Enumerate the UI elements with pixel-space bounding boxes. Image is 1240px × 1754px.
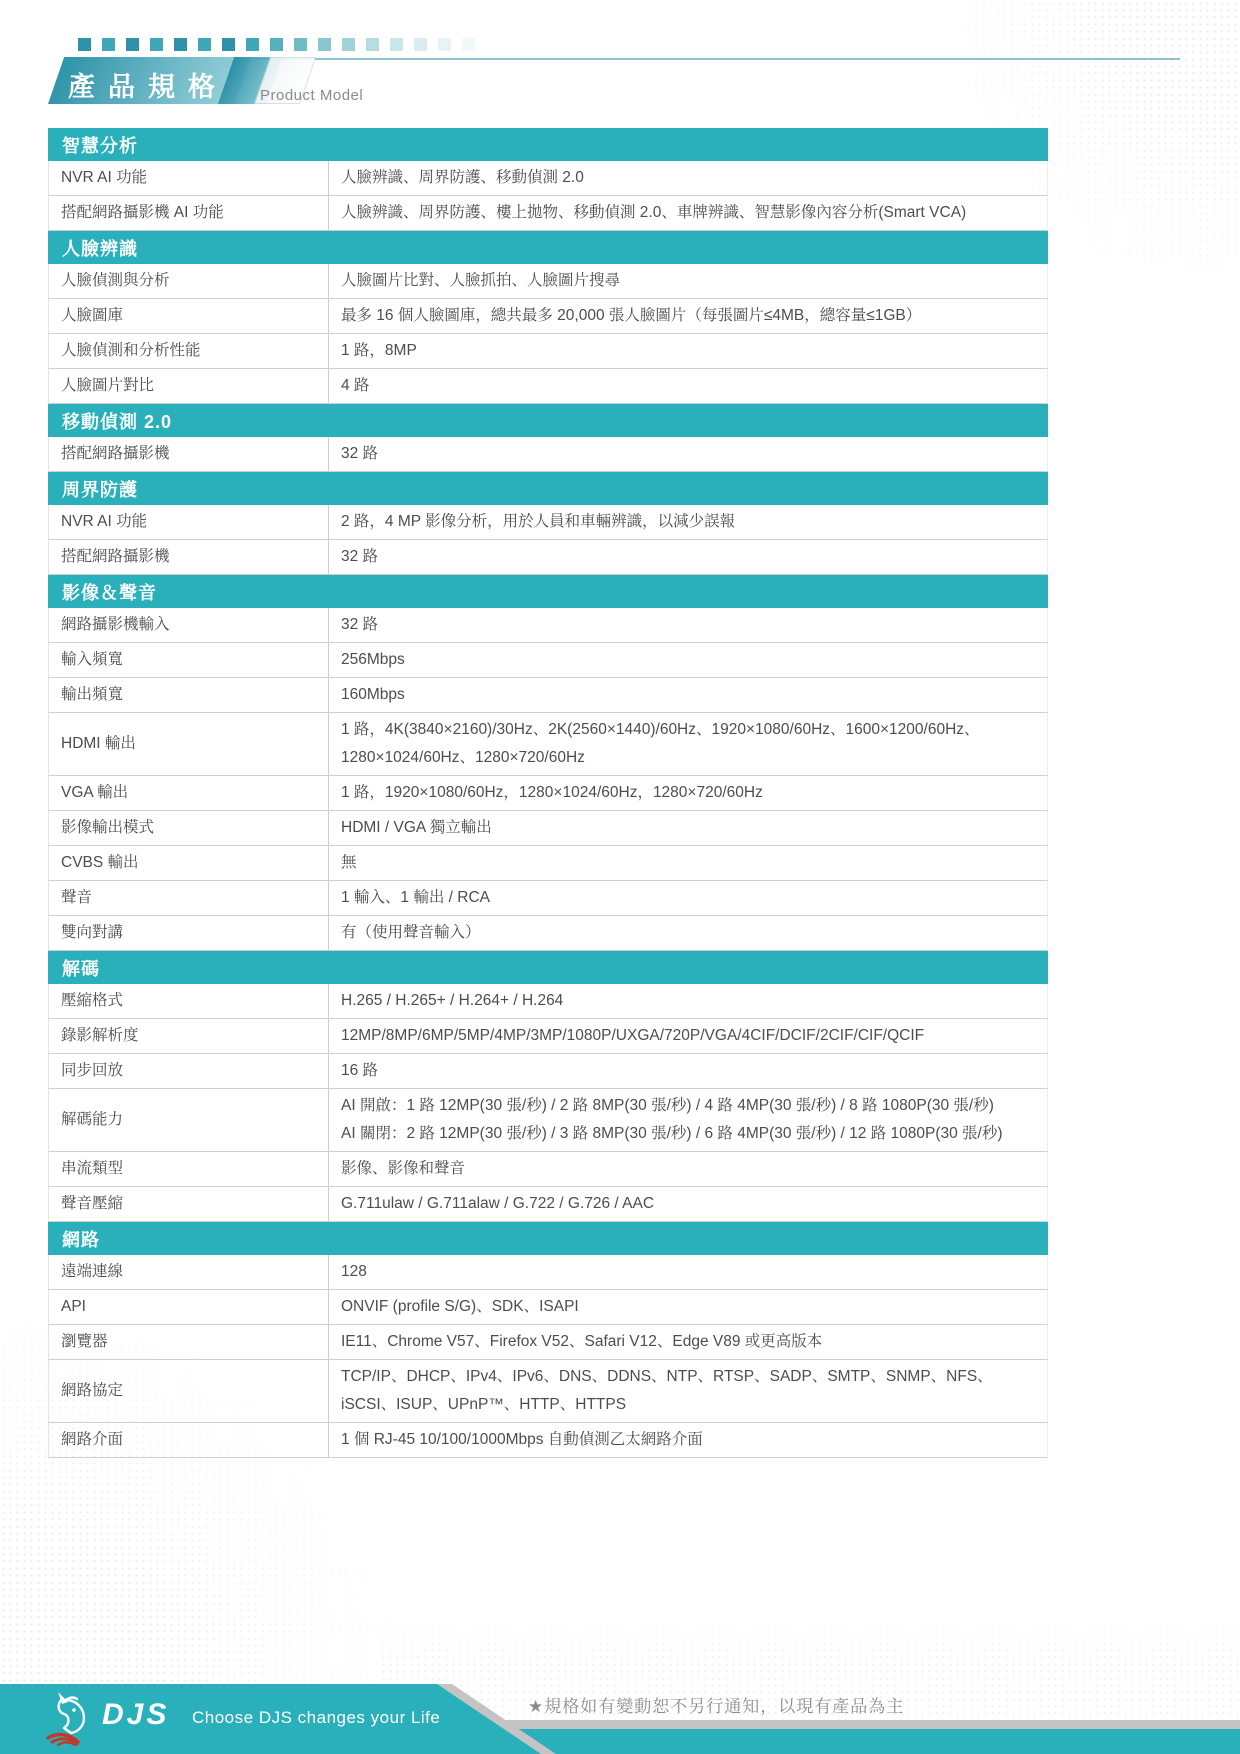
table-row: 錄影解析度 12MP/8MP/6MP/5MP/4MP/3MP/1080P/UXG…: [48, 1019, 1048, 1054]
spec-value: 無: [329, 846, 1047, 880]
spec-value: 1 路，4K(3840×2160)/30Hz、2K(2560×1440)/60H…: [329, 713, 1047, 775]
spec-value: AI 開啟：1 路 12MP(30 張/秒) / 2 路 8MP(30 張/秒)…: [329, 1089, 1047, 1151]
spec-value: 1 路，1920×1080/60Hz，1280×1024/60Hz，1280×7…: [329, 776, 1047, 810]
spec-value: 2 路，4 MP 影像分析，用於人員和車輛辨識，以減少誤報: [329, 505, 1047, 539]
spec-sheet-page: { "page": { "header": { "title": "產品規格",…: [0, 0, 1240, 1754]
spec-label: 聲音: [49, 881, 329, 915]
table-row: 雙向對講 有（使用聲音輸入）: [48, 916, 1048, 951]
dot: [414, 38, 427, 51]
spec-value: 1 路，8MP: [329, 334, 1047, 368]
spec-label: HDMI 輸出: [49, 713, 329, 775]
table-row: API ONVIF (profile S/G)、SDK、ISAPI: [48, 1290, 1048, 1325]
table-row: 搭配網路攝影機 32 路: [48, 437, 1048, 472]
dot: [246, 38, 259, 51]
spec-label: 影像輸出模式: [49, 811, 329, 845]
table-row: 解碼能力 AI 開啟：1 路 12MP(30 張/秒) / 2 路 8MP(30…: [48, 1089, 1048, 1152]
unicorn-icon: [44, 1690, 96, 1746]
spec-label: CVBS 輸出: [49, 846, 329, 880]
spec-value: 32 路: [329, 608, 1047, 642]
dot: [270, 38, 283, 51]
section-title: 影像＆聲音: [62, 579, 157, 605]
section-header: 人臉辨識: [48, 231, 1048, 264]
table-row: 瀏覽器 IE11、Chrome V57、Firefox V52、Safari V…: [48, 1325, 1048, 1360]
spec-value: 256Mbps: [329, 643, 1047, 677]
section-title: 移動偵測 2.0: [62, 408, 172, 434]
spec-label: 人臉圖片對比: [49, 369, 329, 403]
spec-value: TCP/IP、DHCP、IPv4、IPv6、DNS、DDNS、NTP、RTSP、…: [329, 1360, 1047, 1422]
spec-label: 解碼能力: [49, 1089, 329, 1151]
table-row: 輸出頻寬 160Mbps: [48, 678, 1048, 713]
dot: [126, 38, 139, 51]
spec-label: 網路攝影機輸入: [49, 608, 329, 642]
brand-slogan: Choose DJS changes your Life: [192, 1708, 440, 1728]
table-row: 輸入頻寬 256Mbps: [48, 643, 1048, 678]
footer-brand-block: DJS Choose DJS changes your Life: [0, 1684, 560, 1754]
section-title: 解碼: [62, 955, 100, 981]
table-row: 聲音壓縮 G.711ulaw / G.711alaw / G.722 / G.7…: [48, 1187, 1048, 1222]
spec-label: 同步回放: [49, 1054, 329, 1088]
spec-value: 1 輸入、1 輸出 / RCA: [329, 881, 1047, 915]
section-header: 網路: [48, 1222, 1048, 1255]
dot: [174, 38, 187, 51]
spec-value: 4 路: [329, 369, 1047, 403]
dot: [438, 38, 451, 51]
section-header: 周界防護: [48, 472, 1048, 505]
spec-value: 32 路: [329, 540, 1047, 574]
section-title: 智慧分析: [62, 132, 138, 158]
table-row: 人臉圖庫 最多 16 個人臉圖庫，總共最多 20,000 張人臉圖片（每張圖片≤…: [48, 299, 1048, 334]
spec-value: IE11、Chrome V57、Firefox V52、Safari V12、E…: [329, 1325, 1047, 1359]
spec-value: 160Mbps: [329, 678, 1047, 712]
spec-value: 最多 16 個人臉圖庫，總共最多 20,000 張人臉圖片（每張圖片≤4MB，總…: [329, 299, 1047, 333]
table-row: 搭配網路攝影機 32 路: [48, 540, 1048, 575]
section-title: 周界防護: [62, 476, 138, 502]
section-header: 解碼: [48, 951, 1048, 984]
spec-label: 瀏覽器: [49, 1325, 329, 1359]
page-subtitle: Product Model: [260, 87, 363, 104]
spec-label: 輸出頻寬: [49, 678, 329, 712]
table-row: 壓縮格式 H.265 / H.265+ / H.264+ / H.264: [48, 984, 1048, 1019]
table-row: 人臉圖片對比 4 路: [48, 369, 1048, 404]
spec-label: 網路介面: [49, 1423, 329, 1457]
spec-label: 人臉偵測和分析性能: [49, 334, 329, 368]
spec-label: 聲音壓縮: [49, 1187, 329, 1221]
spec-label: 人臉偵測與分析: [49, 264, 329, 298]
table-row: 搭配網路攝影機 AI 功能 人臉辨識、周界防護、樓上拋物、移動偵測 2.0、車牌…: [48, 196, 1048, 231]
dot: [462, 38, 475, 51]
dot: [150, 38, 163, 51]
spec-label: 雙向對講: [49, 916, 329, 950]
table-row: 人臉偵測與分析 人臉圖片比對、人臉抓拍、人臉圖片搜尋: [48, 264, 1048, 299]
spec-value: 16 路: [329, 1054, 1047, 1088]
spec-label: NVR AI 功能: [49, 161, 329, 195]
spec-label: 搭配網路攝影機 AI 功能: [49, 196, 329, 230]
spec-label: 網路協定: [49, 1360, 329, 1422]
spec-value: H.265 / H.265+ / H.264+ / H.264: [329, 984, 1047, 1018]
table-row: HDMI 輸出 1 路，4K(3840×2160)/30Hz、2K(2560×1…: [48, 713, 1048, 776]
spec-label: VGA 輸出: [49, 776, 329, 810]
spec-value: 128: [329, 1255, 1047, 1289]
spec-label: 搭配網路攝影機: [49, 540, 329, 574]
table-row: NVR AI 功能 2 路，4 MP 影像分析，用於人員和車輛辨識，以減少誤報: [48, 505, 1048, 540]
table-row: 同步回放 16 路: [48, 1054, 1048, 1089]
spec-label: API: [49, 1290, 329, 1324]
dot: [366, 38, 379, 51]
section-header: 智慧分析: [48, 128, 1048, 161]
section-header: 影像＆聲音: [48, 575, 1048, 608]
spec-label: 人臉圖庫: [49, 299, 329, 333]
spec-table: 智慧分析 NVR AI 功能 人臉辨識、周界防護、移動偵測 2.0 搭配網路攝影…: [48, 128, 1048, 1458]
dot-decoration-row: [78, 38, 475, 51]
disclaimer-text: ★規格如有變動恕不另行通知，以現有產品為主: [528, 1692, 904, 1717]
spec-value: 人臉辨識、周界防護、移動偵測 2.0: [329, 161, 1047, 195]
dot: [318, 38, 331, 51]
spec-value: 12MP/8MP/6MP/5MP/4MP/3MP/1080P/UXGA/720P…: [329, 1019, 1047, 1053]
dot: [78, 38, 91, 51]
spec-label: 遠端連線: [49, 1255, 329, 1289]
table-row: CVBS 輸出 無: [48, 846, 1048, 881]
dot: [102, 38, 115, 51]
spec-label: 錄影解析度: [49, 1019, 329, 1053]
dot: [222, 38, 235, 51]
spec-value: 1 個 RJ-45 10/100/1000Mbps 自動偵測乙太網路介面: [329, 1423, 1047, 1457]
table-row: 網路攝影機輸入 32 路: [48, 608, 1048, 643]
title-rule-line: [255, 58, 1180, 60]
section-title: 人臉辨識: [62, 235, 138, 261]
spec-value: G.711ulaw / G.711alaw / G.722 / G.726 / …: [329, 1187, 1047, 1221]
section-title: 網路: [62, 1226, 100, 1252]
spec-label: NVR AI 功能: [49, 505, 329, 539]
page-title: 產品規格: [68, 65, 228, 104]
spec-value: 影像、影像和聲音: [329, 1152, 1047, 1186]
table-row: 網路介面 1 個 RJ-45 10/100/1000Mbps 自動偵測乙太網路介…: [48, 1423, 1048, 1458]
table-row: 網路協定 TCP/IP、DHCP、IPv4、IPv6、DNS、DDNS、NTP、…: [48, 1360, 1048, 1423]
table-row: 人臉偵測和分析性能 1 路，8MP: [48, 334, 1048, 369]
spec-value: 32 路: [329, 437, 1047, 471]
spec-label: 輸入頻寬: [49, 643, 329, 677]
brand-name: DJS: [102, 1698, 169, 1732]
spec-value: 有（使用聲音輸入）: [329, 916, 1047, 950]
table-row: 串流類型 影像、影像和聲音: [48, 1152, 1048, 1187]
dot: [294, 38, 307, 51]
spec-value: ONVIF (profile S/G)、SDK、ISAPI: [329, 1290, 1047, 1324]
table-row: NVR AI 功能 人臉辨識、周界防護、移動偵測 2.0: [48, 161, 1048, 196]
spec-value: 人臉圖片比對、人臉抓拍、人臉圖片搜尋: [329, 264, 1047, 298]
spec-label: 搭配網路攝影機: [49, 437, 329, 471]
table-row: VGA 輸出 1 路，1920×1080/60Hz，1280×1024/60Hz…: [48, 776, 1048, 811]
table-row: 影像輸出模式 HDMI / VGA 獨立輸出: [48, 811, 1048, 846]
spec-label: 串流類型: [49, 1152, 329, 1186]
table-row: 聲音 1 輸入、1 輸出 / RCA: [48, 881, 1048, 916]
dot: [198, 38, 211, 51]
spec-label: 壓縮格式: [49, 984, 329, 1018]
spec-value: 人臉辨識、周界防護、樓上拋物、移動偵測 2.0、車牌辨識、智慧影像內容分析(Sm…: [329, 196, 1047, 230]
section-header: 移動偵測 2.0: [48, 404, 1048, 437]
dot: [390, 38, 403, 51]
dot: [342, 38, 355, 51]
spec-value: HDMI / VGA 獨立輸出: [329, 811, 1047, 845]
page-title-banner: 產品規格 Product Model: [48, 57, 1148, 104]
table-row: 遠端連線 128: [48, 1255, 1048, 1290]
